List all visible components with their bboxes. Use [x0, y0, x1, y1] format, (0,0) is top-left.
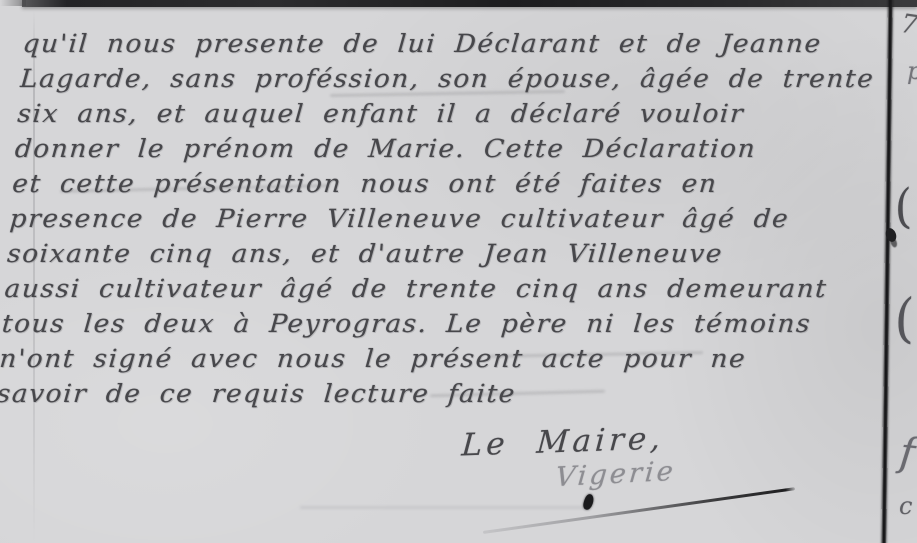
- closing-title: Le Maire,: [460, 420, 665, 463]
- manuscript-line: tous les deux à Peyrogras. Le père ni le…: [1, 306, 917, 341]
- manuscript-line: Lagarde, sans proféssion, son épouse, âg…: [19, 61, 917, 96]
- manuscript-line: n'ont signé avec nous le présent acte po…: [0, 341, 917, 376]
- edge-stroke-mark: c: [899, 492, 912, 520]
- manuscript-line: qu'il nous presente de lui Déclarant et …: [21, 26, 917, 61]
- manuscript-line: et cette présentation nous ont été faite…: [11, 166, 917, 201]
- manuscript-line: soixante cinq ans, et d'autre Jean Ville…: [6, 236, 917, 271]
- scanned-register-page: qu'il nous presente de lui Déclarant et …: [0, 0, 917, 543]
- ink-bleed-smudge: [300, 506, 590, 509]
- edge-stroke-mark: f: [898, 429, 917, 476]
- edge-stroke-mark: p: [907, 57, 917, 85]
- mayor-signature: Vigerie: [554, 456, 677, 493]
- scan-top-edge-fade: [0, 0, 26, 6]
- manuscript-text-block: qu'il nous presente de lui Déclarant et …: [0, 26, 917, 411]
- signature-flourish: [483, 487, 795, 533]
- manuscript-line: aussi cultivateur âgé de trente cinq ans…: [3, 271, 917, 306]
- manuscript-line: presence de Pierre Villeneuve cultivateu…: [9, 201, 917, 236]
- scan-top-edge: [22, 0, 917, 7]
- edge-stroke-mark: 7: [899, 9, 917, 41]
- manuscript-line: donner le prénom de Marie. Cette Déclara…: [14, 131, 917, 166]
- ink-blot: [582, 493, 596, 511]
- manuscript-line: savoir de ce requis lecture faite: [0, 376, 916, 411]
- manuscript-line: six ans, et auquel enfant il a déclaré v…: [16, 96, 917, 131]
